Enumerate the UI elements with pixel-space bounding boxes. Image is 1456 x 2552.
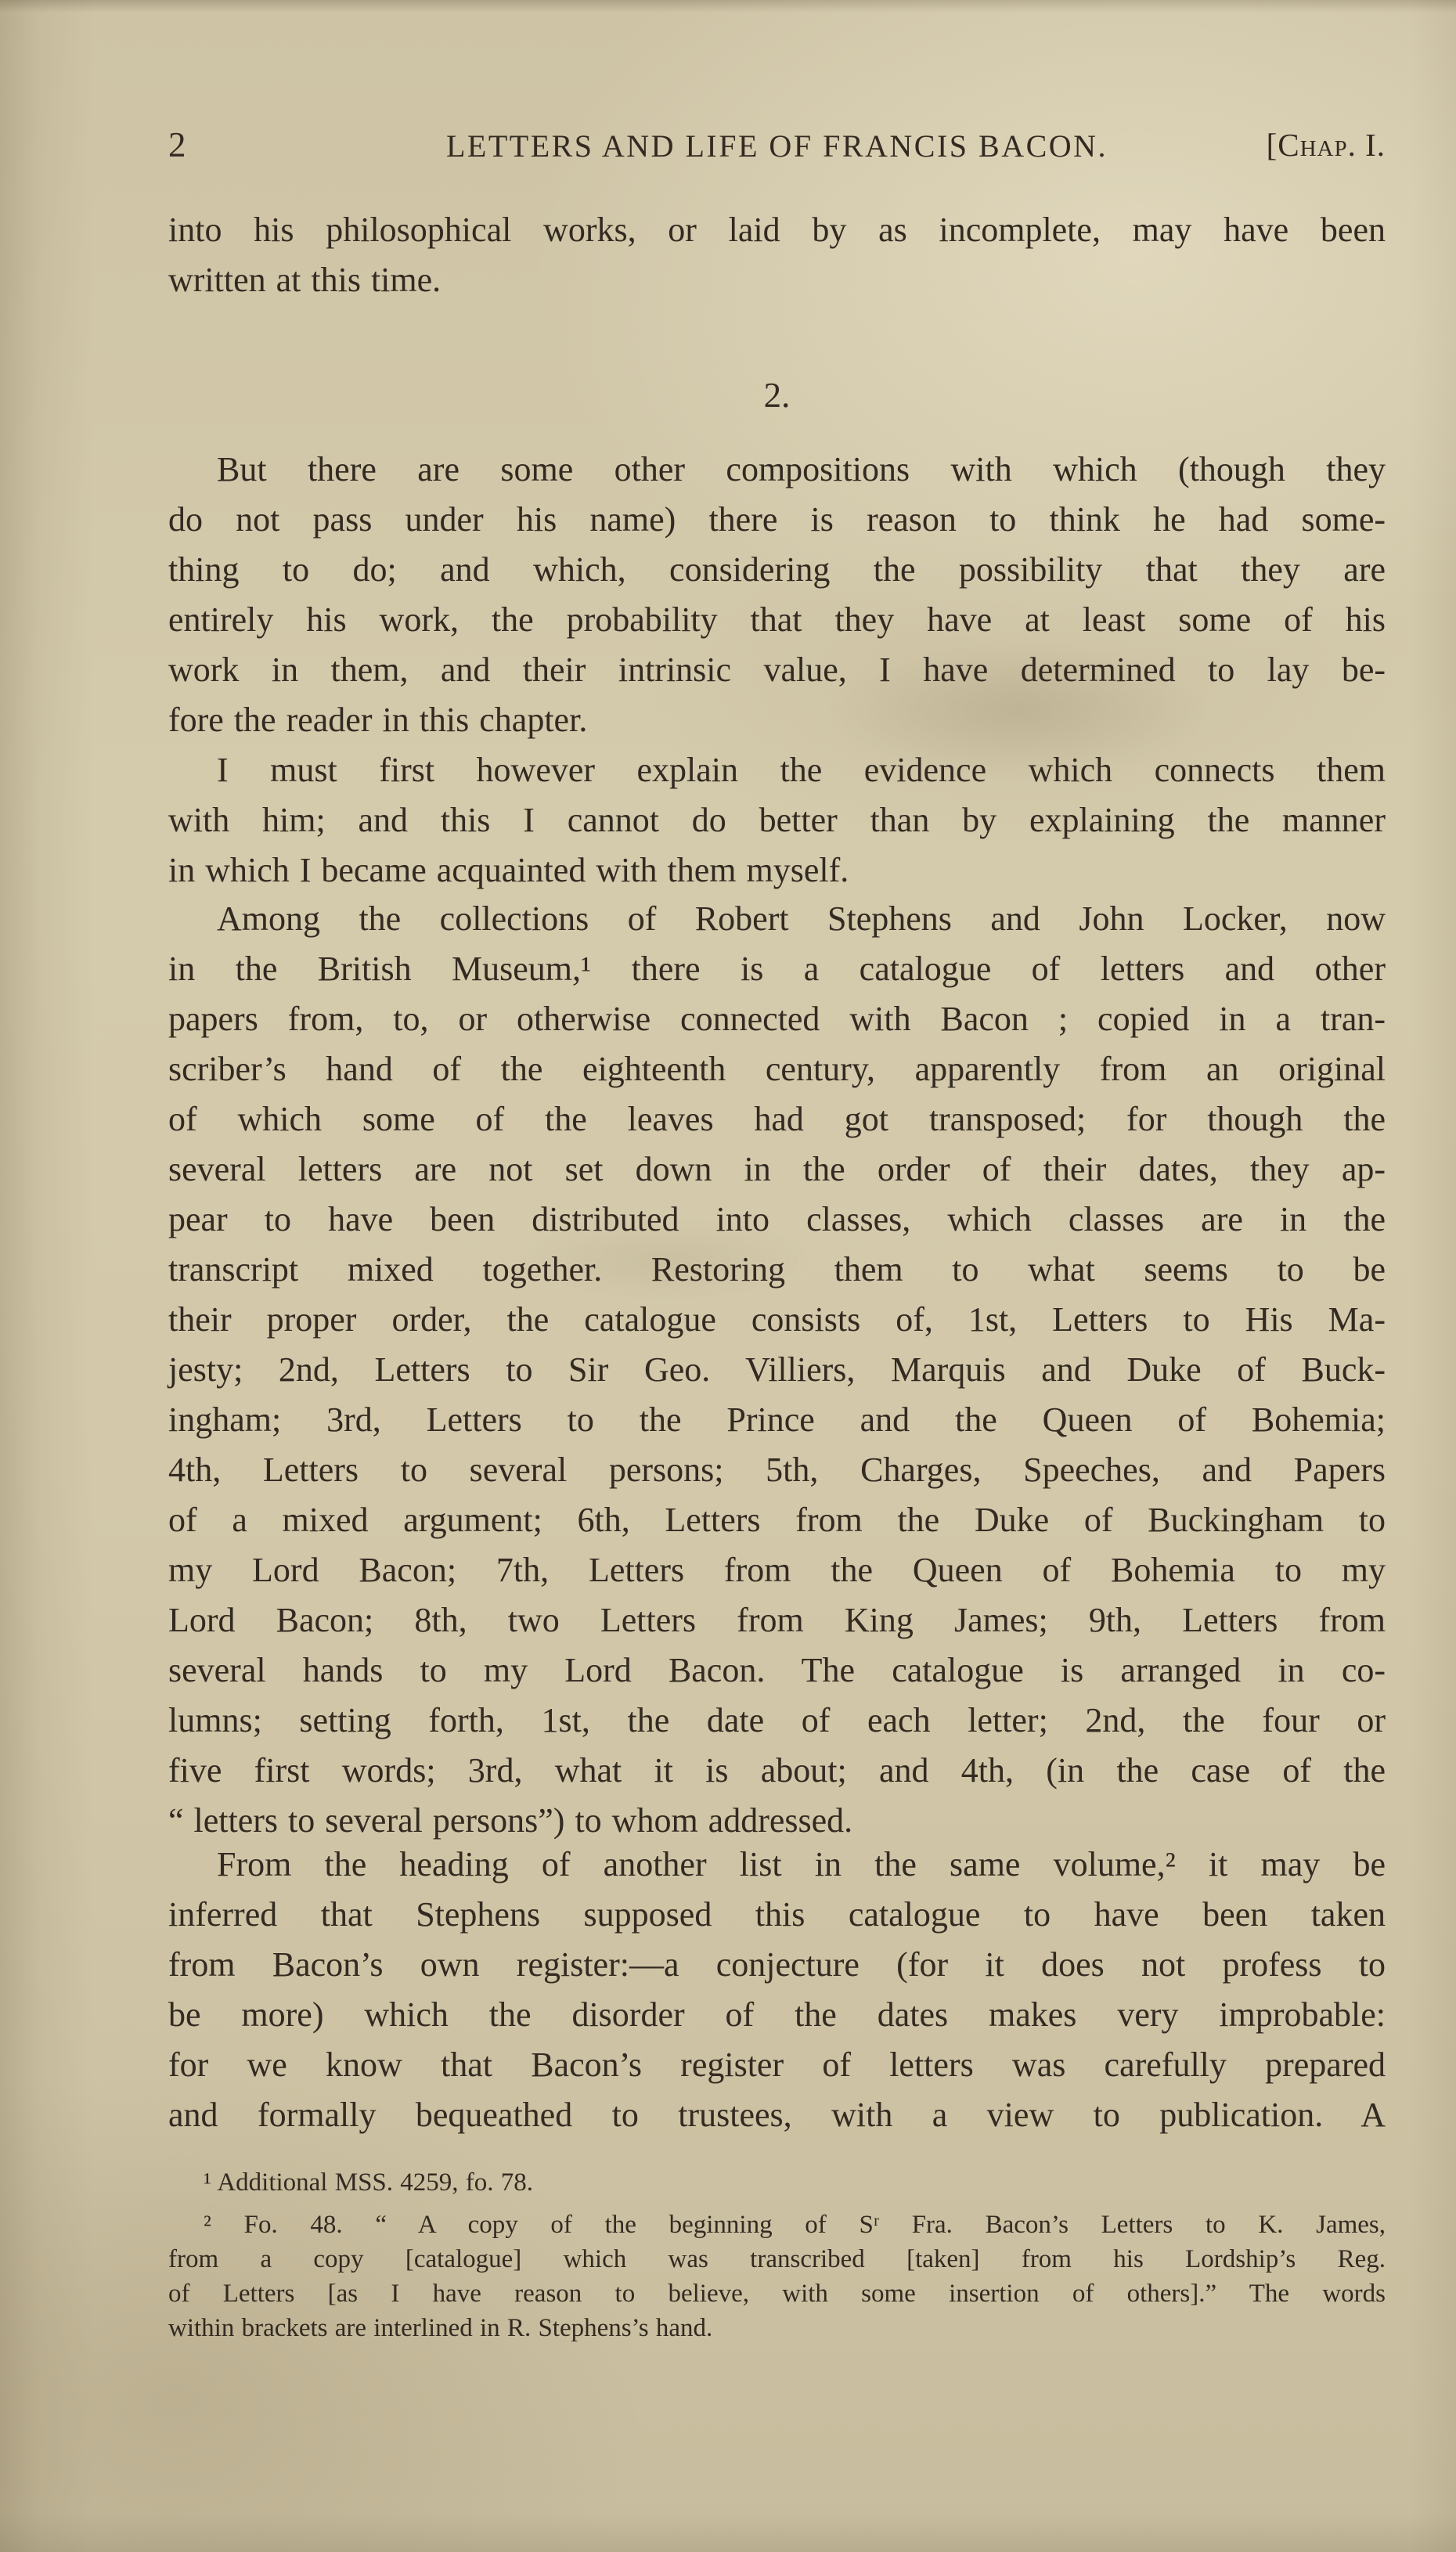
text-line: inferred that Stephens supposed this cat… [168, 1890, 1386, 1940]
book-page-scan: 2 LETTERS AND LIFE OF FRANCIS BACON. [Ch… [0, 0, 1456, 2552]
text-line: thing to do; and which, considering the … [168, 545, 1386, 595]
text-line: from a copy [catalogue] which was transc… [168, 2242, 1386, 2276]
text-line: Among the collections of Robert Stephens… [168, 894, 1386, 944]
text-line: work in them, and their intrinsic value,… [168, 645, 1386, 695]
text-line: for we know that Bacon’s register of let… [168, 2040, 1386, 2090]
text-line: ² Fo. 48. “ A copy of the beginning of S… [168, 2208, 1386, 2242]
running-header: 2 LETTERS AND LIFE OF FRANCIS BACON. [Ch… [168, 124, 1386, 166]
text-line: five first words; 3rd, what it is about;… [168, 1746, 1386, 1796]
text-line: of a mixed argument; 6th, Letters from t… [168, 1495, 1386, 1545]
text-line: be more) which the disorder of the dates… [168, 1990, 1386, 2040]
text-line: several letters are not set down in the … [168, 1144, 1386, 1195]
section-number: 2. [168, 376, 1386, 415]
text-line: within brackets are interlined in R. Ste… [168, 2311, 1386, 2345]
text-line: of which some of the leaves had got tran… [168, 1094, 1386, 1144]
text-line: my Lord Bacon; 7th, Letters from the Que… [168, 1545, 1386, 1595]
text-line: 4th, Letters to several persons; 5th, Ch… [168, 1445, 1386, 1495]
paragraph-continuation: into his philosophical works, or laid by… [168, 205, 1386, 305]
text-line: do not pass under his name) there is rea… [168, 495, 1386, 545]
text-line: pear to have been distributed into class… [168, 1195, 1386, 1245]
text-line: in which I became acquainted with them m… [168, 845, 1386, 896]
text-line: Lord Bacon; 8th, two Letters from King J… [168, 1595, 1386, 1645]
paragraph: I must first however explain the evidenc… [168, 745, 1386, 896]
text-line: ¹ Additional MSS. 4259, fo. 78. [168, 2165, 1386, 2200]
text-line: their proper order, the catalogue consis… [168, 1295, 1386, 1345]
text-line: I must first however explain the evidenc… [168, 745, 1386, 795]
text-line: several hands to my Lord Bacon. The cata… [168, 1645, 1386, 1696]
text-line: in the British Museum,¹ there is a catal… [168, 944, 1386, 994]
footnote-2: ² Fo. 48. “ A copy of the beginning of S… [168, 2208, 1386, 2345]
text-line: transcript mixed together. Restoring the… [168, 1245, 1386, 1295]
text-line: into his philosophical works, or laid by… [168, 205, 1386, 255]
text-line: But there are some other compositions wi… [168, 445, 1386, 495]
text-line: written at this time. [168, 255, 1386, 305]
text-line: lumns; setting forth, 1st, the date of e… [168, 1696, 1386, 1746]
paragraph: From the heading of another list in the … [168, 1840, 1386, 2140]
paragraph: But there are some other compositions wi… [168, 445, 1386, 745]
running-title: LETTERS AND LIFE OF FRANCIS BACON. [168, 127, 1386, 166]
chapter-reference: [Chap. I. [1267, 125, 1386, 164]
text-line: and formally bequeathed to trustees, wit… [168, 2090, 1386, 2140]
text-line: “ letters to several persons”) to whom a… [168, 1796, 1386, 1846]
text-line: with him; and this I cannot do better th… [168, 795, 1386, 845]
text-line: papers from, to, or otherwise connected … [168, 994, 1386, 1044]
text-line: of Letters [as I have reason to believe,… [168, 2276, 1386, 2311]
text-line: ingham; 3rd, Letters to the Prince and t… [168, 1395, 1386, 1445]
text-line: jesty; 2nd, Letters to Sir Geo. Villiers… [168, 1345, 1386, 1395]
text-line: fore the reader in this chapter. [168, 695, 1386, 745]
paragraph: Among the collections of Robert Stephens… [168, 894, 1386, 1846]
footnote-1: ¹ Additional MSS. 4259, fo. 78. [168, 2165, 1386, 2200]
text-line: entirely his work, the probability that … [168, 595, 1386, 645]
text-line: From the heading of another list in the … [168, 1840, 1386, 1890]
text-line: scriber’s hand of the eighteenth century… [168, 1044, 1386, 1094]
text-line: from Bacon’s own register:—a conjecture … [168, 1940, 1386, 1990]
